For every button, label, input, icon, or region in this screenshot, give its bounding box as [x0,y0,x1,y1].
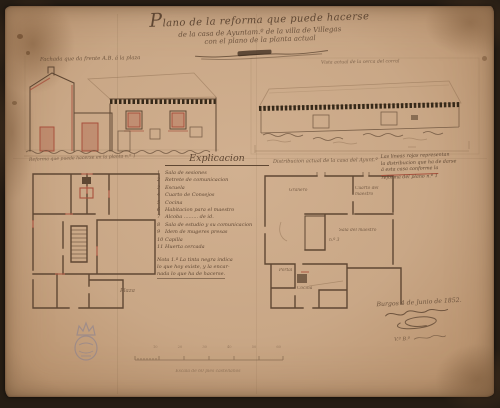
left-elevation-drawing [22,64,220,158]
stove-block [82,177,91,184]
room-label-sala-maestro: Sala del maestro [339,228,376,233]
royal-seal-stamp-icon [67,320,105,364]
right-elevation-caption: Vista actual de la cerca del corral [321,59,400,65]
scale-caption: Escala de 60 pies castellanos [133,369,283,374]
right-plan-caption: Distribucion actual de la casa del Ayunt… [273,157,378,165]
staircase-treads [71,230,87,258]
paper-sheet: Plano de la reforma que puede hacerse de… [5,6,494,397]
wing-door [82,123,98,151]
room-label-cocina: Cocina [297,286,312,291]
room-label-granero: Granero [289,188,307,193]
room-label-cuarto-maestro: Cuarto del maestro [355,186,397,197]
left-plan-caption: Reforma que puede hacerse en la planta n… [29,154,136,163]
shuttered-window-2 [172,113,184,127]
left-plan-drawing [25,164,170,312]
scale-numbers: 10 20 30 40 50 60 [153,345,281,349]
wall-mark [411,115,418,120]
ink-smear [237,49,271,56]
room-label-portal: Portal [279,268,292,273]
left-elevation-caption: Fachada que da frente A.B. á la plaza [40,55,141,63]
signature-rubric [377,304,462,334]
left-elevation: Fachada que da frente A.B. á la plaza [22,56,224,160]
signature-block: Burgos 4 de Junio de 1852. V.º B.º [349,295,491,345]
tile-band [259,105,461,109]
scale-bar [133,355,285,364]
photograph-of-plan: { "title": { "line1": "Plano de la refor… [0,0,500,408]
left-floor-plan: Reforma que puede hacerse en la planta n… [25,156,173,314]
scale-bar-block: 10 20 30 40 50 60 Escala de 60 pies cast… [133,345,291,374]
staircase-hatched [305,216,325,250]
wall-opening-1 [313,115,329,128]
note-line-3: nada lo que ha de hacerse. [157,271,225,279]
margin-note: Las lineas rojas representan la distribu… [381,151,498,182]
shuttered-window-1 [128,113,140,127]
right-elevation-drawing [253,68,473,154]
small-window-1 [150,129,160,139]
right-elevation: Vista actual de la cerca del corral [253,58,481,156]
room-label-n3: n.º 3 [329,238,339,243]
plaza-label: Plaza [120,288,135,294]
wall-opening-2 [381,112,397,125]
left-block-door [40,127,54,151]
small-window-2 [190,127,202,137]
door-scribble [297,274,307,283]
lower-door [118,131,130,151]
